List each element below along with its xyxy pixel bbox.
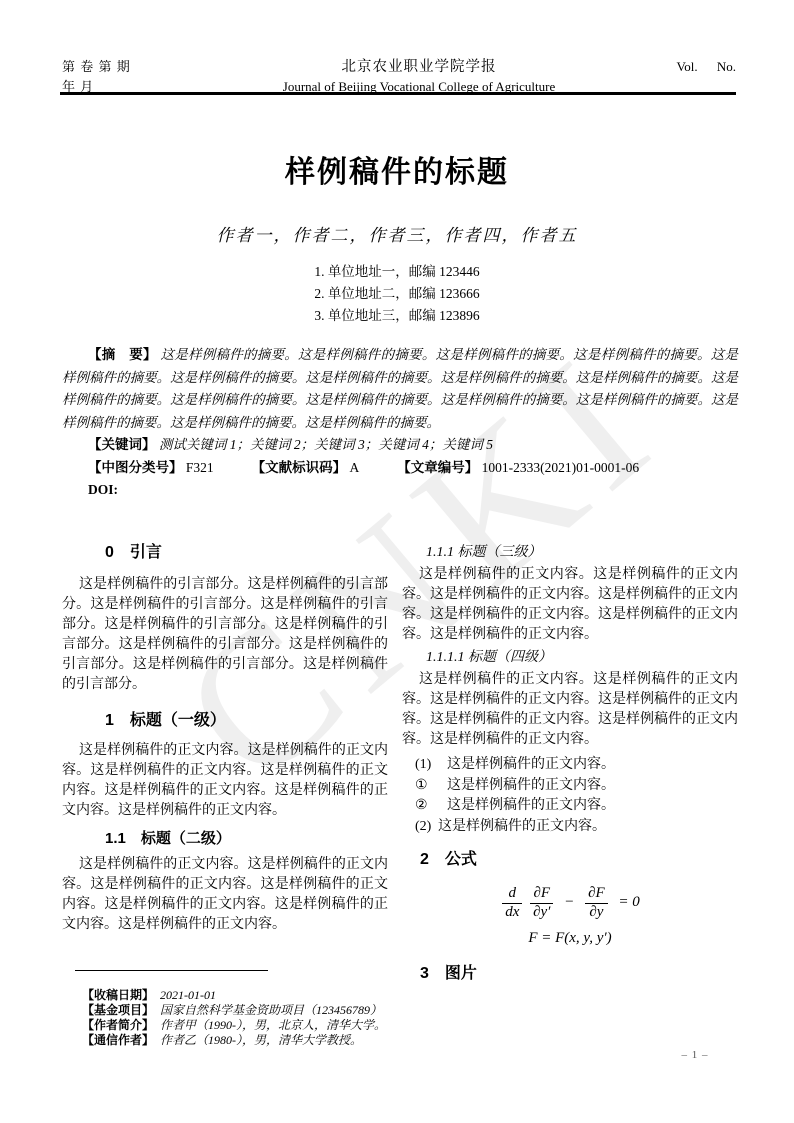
journal-running-head: 第 卷 第 期 年 月 北京农业职业学院学报 Journal of Beijin… bbox=[62, 57, 736, 97]
footnote-item: 【收稿日期】2021-01-01 bbox=[82, 988, 542, 1003]
section-heading-level1: 1 标题（一级） bbox=[62, 710, 388, 732]
list-item: ② 这是样例稿件的正文内容。 bbox=[402, 796, 738, 817]
affiliation-item: 3. 单位地址三，邮编 123896 bbox=[0, 305, 794, 327]
list-item-text: 这是样例稿件的正文内容。 bbox=[447, 796, 615, 817]
level1-paragraph: 这是样例稿件的正文内容。这是样例稿件的正文内容。这是样例稿件的正文内容。这是样例… bbox=[62, 741, 388, 821]
list-marker: ① bbox=[415, 776, 447, 797]
fraction-dF-dy: ∂F∂y bbox=[585, 885, 608, 921]
footnote-label: 【通信作者】 bbox=[82, 1033, 154, 1047]
section-heading-figures: 3 图片 bbox=[402, 963, 738, 985]
fraction-d-dx: ddx bbox=[502, 885, 522, 921]
keywords-line: 【关键词】 测试关键词 1；关键词 2；关键词 3；关键词 4；关键词 5 bbox=[62, 434, 738, 457]
section-heading-level3: 1.1.1 标题（三级） bbox=[402, 543, 738, 563]
list-item-text: 这是样例稿件的正文内容。 bbox=[438, 817, 606, 838]
journal-title-block: 北京农业职业学院学报 Journal of Beijing Vocational… bbox=[212, 57, 626, 96]
section-heading-level4: 1.1.1.1 标题（四级） bbox=[402, 648, 738, 668]
keywords-text: 测试关键词 1；关键词 2；关键词 3；关键词 4；关键词 5 bbox=[159, 437, 493, 452]
footnote-block: 【收稿日期】2021-01-01 【基金项目】国家自然科学基金资助项目（1234… bbox=[82, 988, 542, 1048]
list-marker: ② bbox=[415, 796, 447, 817]
abstract-paragraph: 【摘 要】 这是样例稿件的摘要。这是样例稿件的摘要。这是样例稿件的摘要。这是样例… bbox=[62, 344, 738, 434]
vol-label: Vol. bbox=[677, 59, 698, 74]
document-page: CNKI 第 卷 第 期 年 月 北京农业职业学院学报 Journal of B… bbox=[0, 0, 794, 1123]
list-item-text: 这是样例稿件的正文内容。 bbox=[447, 755, 615, 776]
list-item: (1) 这是样例稿件的正文内容。 bbox=[402, 755, 738, 776]
footnote-label: 【基金项目】 bbox=[82, 1003, 154, 1017]
abstract-label: 【摘 要】 bbox=[88, 347, 157, 362]
level3-paragraph: 这是样例稿件的正文内容。这是样例稿件的正文内容。这是样例稿件的正文内容。这是样例… bbox=[402, 565, 738, 645]
no-label: No. bbox=[717, 59, 736, 74]
footnote-item: 【基金项目】国家自然科学基金资助项目（123456789） bbox=[82, 1003, 542, 1018]
footnote-item: 【通信作者】作者乙（1980-），男，清华大学教授。 bbox=[82, 1033, 542, 1048]
affiliation-item: 2. 单位地址二，邮编 123666 bbox=[0, 283, 794, 305]
right-column: 1.1.1 标题（三级） 这是样例稿件的正文内容。这是样例稿件的正文内容。这是样… bbox=[402, 540, 738, 985]
vol-no-block: Vol. No. bbox=[626, 57, 736, 77]
affiliation-list: 1. 单位地址一，邮编 123446 2. 单位地址二，邮编 123666 3.… bbox=[0, 261, 794, 327]
level4-paragraph: 这是样例稿件的正文内容。这是样例稿件的正文内容。这是样例稿件的正文内容。这是样例… bbox=[402, 670, 738, 750]
footnote-rule bbox=[75, 970, 268, 971]
minus-operator: − bbox=[564, 894, 574, 910]
list-item-text: 这是样例稿件的正文内容。 bbox=[447, 776, 615, 797]
level2-paragraph: 这是样例稿件的正文内容。这是样例稿件的正文内容。这是样例稿件的正文内容。这是样例… bbox=[62, 855, 388, 935]
footnote-label: 【收稿日期】 bbox=[82, 988, 154, 1002]
fraction-dF-dyprime: ∂F∂y′ bbox=[530, 885, 553, 921]
doi-line: DOI: bbox=[62, 479, 738, 502]
intro-paragraph: 这是样例稿件的引言部分。这是样例稿件的引言部分。这是样例稿件的引言部分。这是样例… bbox=[62, 575, 388, 695]
equation-F-definition: F = F(x, y, y′) bbox=[402, 928, 738, 948]
footnote-text: 作者乙（1980-），男，清华大学教授。 bbox=[160, 1033, 362, 1047]
doc-code-label: 【文献标识码】 bbox=[252, 460, 347, 475]
section-heading-intro: 0 引言 bbox=[62, 542, 388, 564]
footnote-text: 2021-01-01 bbox=[160, 988, 216, 1002]
list-item: ① 这是样例稿件的正文内容。 bbox=[402, 776, 738, 797]
article-no-value: 1001-2333(2021)01-0001-06 bbox=[482, 460, 639, 475]
body-columns: 0 引言 这是样例稿件的引言部分。这是样例稿件的引言部分。这是样例稿件的引言部分… bbox=[62, 540, 738, 985]
issue-volume-line: 第 卷 第 期 bbox=[62, 57, 212, 77]
footnote-text: 作者甲（1990-），男，北京人，清华大学。 bbox=[160, 1018, 386, 1032]
page-number: – 1 – bbox=[645, 1049, 745, 1061]
clc-value: F321 bbox=[186, 460, 214, 475]
doc-code-value: A bbox=[350, 460, 360, 475]
affiliation-item: 1. 单位地址一，邮编 123446 bbox=[0, 261, 794, 283]
clc-label: 【中图分类号】 bbox=[88, 460, 183, 475]
equation-euler-lagrange: ddx ∂F∂y′ − ∂F∂y = 0 bbox=[402, 885, 738, 921]
list-marker: (1) bbox=[415, 755, 447, 776]
front-matter: 【摘 要】 这是样例稿件的摘要。这是样例稿件的摘要。这是样例稿件的摘要。这是样例… bbox=[62, 344, 738, 502]
footnote-item: 【作者简介】作者甲（1990-），男，北京人，清华大学。 bbox=[82, 1018, 542, 1033]
footnote-text: 国家自然科学基金资助项目（123456789） bbox=[160, 1003, 382, 1017]
list-marker: (2) bbox=[415, 817, 438, 838]
classification-line: 【中图分类号】 F321【文献标识码】 A【文章编号】 1001-2333(20… bbox=[62, 457, 738, 480]
article-no-label: 【文章编号】 bbox=[397, 460, 478, 475]
journal-title-cn: 北京农业职业学院学报 bbox=[212, 57, 626, 77]
article-title: 样例稿件的标题 bbox=[0, 147, 794, 191]
abstract-text: 这是样例稿件的摘要。这是样例稿件的摘要。这是样例稿件的摘要。这是样例稿件的摘要。… bbox=[62, 347, 738, 430]
author-list: 作者一，作者二，作者三，作者四，作者五 bbox=[0, 221, 794, 246]
section-heading-level2: 1.1 标题（二级） bbox=[62, 828, 388, 850]
keywords-label: 【关键词】 bbox=[88, 437, 156, 452]
issue-info: 第 卷 第 期 年 月 bbox=[62, 57, 212, 97]
footnote-label: 【作者简介】 bbox=[82, 1018, 154, 1032]
left-column: 0 引言 这是样例稿件的引言部分。这是样例稿件的引言部分。这是样例稿件的引言部分… bbox=[62, 540, 388, 985]
equals-zero: = 0 bbox=[618, 894, 639, 910]
header-double-rule bbox=[60, 92, 736, 95]
list-item: (2) 这是样例稿件的正文内容。 bbox=[402, 817, 738, 838]
section-heading-formula: 2 公式 bbox=[402, 849, 738, 871]
numbered-list: (1) 这是样例稿件的正文内容。 ① 这是样例稿件的正文内容。 ② 这是样例稿件… bbox=[402, 755, 738, 837]
